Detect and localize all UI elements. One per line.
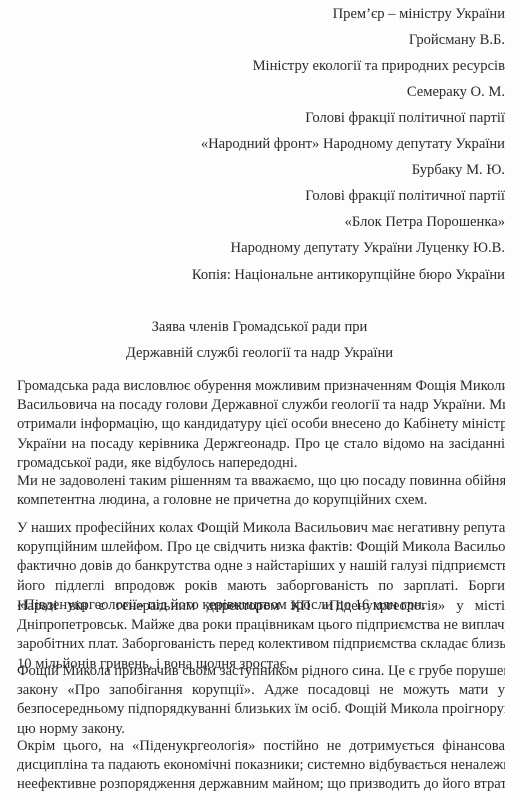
text-line: корупційним шлейфом. Про це свідчить низ… [17,538,505,557]
paragraph-1: Громадська рада висловлює обурення можли… [17,377,505,473]
document-page: Прем’єр – міністру України Гройсману В.Б… [0,0,519,800]
addressee-line: Бурбаку М. Ю. [412,161,505,179]
text-line: фактично довів до банкрутства одне з най… [17,557,505,576]
text-line: дисципліна та падають економічні показни… [17,756,505,775]
text-line: Окрім цього, на «Піденукргеологія» пості… [17,737,505,756]
statement-title-line-2: Державній службі геології та надр Україн… [0,344,519,362]
text-line: компетентна людина, а головне не причетн… [17,491,505,510]
text-line: України на посаду керівника Держгеонадр.… [17,435,505,454]
paragraph-5: Фощій Микола призначив своїм заступником… [17,662,505,739]
addressee-line: Семераку О. М. [407,83,505,101]
paragraph-2: Ми не задоволені таким рішенням та вважа… [17,472,505,510]
addressee-line: Народному депутату України Луценку Ю.В. [231,239,505,257]
text-line: Фощій Микола призначив своїм заступником… [17,662,505,681]
text-line: Дніпропетровськ. Майже два роки працівни… [17,616,505,635]
text-line: громадської ради, яке відбулось напередо… [17,454,505,473]
addressee-line: Міністру екології та природних ресурсів [253,57,505,75]
text-line: отримали інформацію, що кандидатуру цієї… [17,415,505,434]
text-line: У наших професійних колах Фощій Микола В… [17,519,505,538]
addressee-line: «Народний фронт» Народному депутату Укра… [201,135,505,153]
text-line: цю норму закону. [17,720,505,739]
text-line: безпосередньому підпорядкуванні близьких… [17,700,505,719]
paragraph-6: Окрім цього, на «Піденукргеологія» пості… [17,737,505,795]
text-line: Васильовича на посаду голови Державної с… [17,396,505,415]
addressee-line: Гройсману В.Б. [409,31,505,49]
text-line: неефективне розпорядження державним майн… [17,775,505,794]
addressee-line: Голові фракції політичної партії [305,187,505,205]
addressee-line: Прем’єр – міністру України [333,5,505,23]
text-line: його підлеглі впродовж років мають забор… [17,577,505,596]
text-line: заробітних плат. Заборгованість перед ко… [17,635,505,654]
addressee-line: «Блок Петра Порошенка» [345,213,505,231]
text-line: закону «Про запобігання корупції». Адже … [17,681,505,700]
text-line: Громадська рада висловлює обурення можли… [17,377,505,396]
statement-title-line-1: Заява членів Громадської ради при [0,318,519,336]
text-line: Наразі він є генеральним директором КП «… [17,597,505,616]
text-line: Ми не задоволені таким рішенням та вважа… [17,472,505,491]
copy-line: Копія: Національне антикорупційне бюро У… [192,266,505,284]
addressee-line: Голові фракції політичної партії [305,109,505,127]
